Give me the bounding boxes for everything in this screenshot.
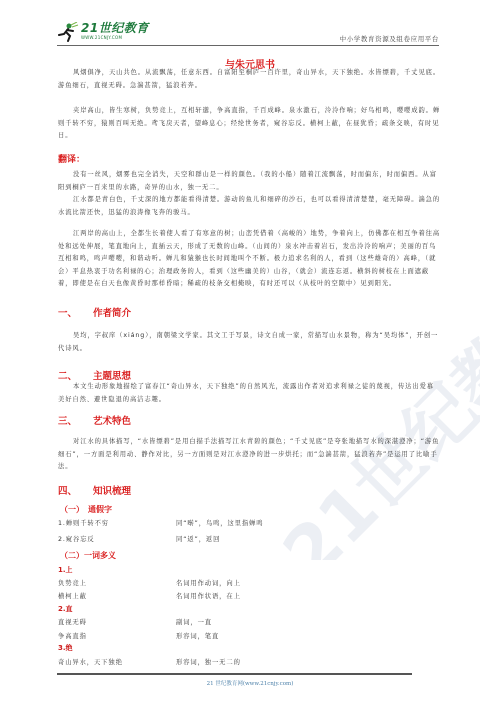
row-term: 直视无碍 bbox=[58, 617, 87, 626]
row-term: 负势竞上 bbox=[58, 578, 87, 587]
subsection-heading-polysemy: （二）一词多义 bbox=[60, 550, 116, 561]
section-title: 作者简介 bbox=[93, 308, 131, 319]
row-term: 横柯上蔽 bbox=[58, 591, 87, 600]
section-heading-knowledge: 四、知识梳理 bbox=[58, 483, 131, 497]
subsection-heading-tongjia: （一） 通假字 bbox=[60, 504, 112, 515]
polysemy-label: 2.直 bbox=[58, 604, 73, 614]
theme-text: 本文生动形象地描绘了富春江“奇山异水，天下独绝”的自然风光，流露出作者对追求利禄… bbox=[58, 381, 441, 406]
translation-paragraph-1: 没有一丝风，烟雾也完全消失，天空和群山是一样的颜色。（我的小船）随着江流飘荡，时… bbox=[58, 169, 441, 194]
translation-paragraph-3: 江两岸的高山上，全都生长着使人看了有寒意的树；山峦凭借着（高峻的）地势，争着向上… bbox=[58, 228, 441, 291]
row-term: 1.蝉则千转不穷 bbox=[58, 518, 109, 527]
row-explanation: 形容词，独一无二的 bbox=[176, 657, 241, 666]
row-term: 2.窥谷忘反 bbox=[58, 534, 95, 543]
section-heading-art: 三、艺术特色 bbox=[58, 413, 131, 427]
footer-link[interactable]: 21 世纪教育网(www.21cnjy.com) bbox=[0, 679, 500, 687]
row-explanation: 名词用作动词，向上 bbox=[176, 578, 241, 587]
polysemy-label: 3.绝 bbox=[58, 643, 73, 653]
logo-url: WWW.21CNJY.COM bbox=[81, 35, 149, 41]
platform-name: 中小学教育资源及组卷应用平台 bbox=[340, 34, 439, 43]
author-text: 吴均，字叔庠（xiáng），南朝梁文学家。其文工于写景，诗文自成一家，常描写山水… bbox=[58, 330, 441, 355]
section-number: 二、 bbox=[58, 368, 93, 382]
row-explanation: 同“啭”，鸟鸣，这里指蝉鸣 bbox=[176, 518, 264, 527]
footer-divider bbox=[57, 673, 412, 675]
section-number: 四、 bbox=[58, 483, 93, 497]
page-header: 21世纪教育 WWW.21CNJY.COM 中小学教育资源及组卷应用平台 bbox=[57, 20, 439, 46]
row-explanation: 名词用作状语，在上 bbox=[176, 591, 241, 600]
row-explanation: 形容词，笔直 bbox=[176, 631, 219, 640]
section-title: 知识梳理 bbox=[93, 486, 131, 497]
original-paragraph-2: 夹岸高山，皆生寒树，负势竞上，互相轩邈，争高直指，千百成峰。泉水激石，泠泠作响；… bbox=[58, 105, 441, 143]
row-explanation: 副词，一直 bbox=[176, 617, 212, 626]
row-term: 争高直指 bbox=[58, 631, 87, 640]
art-text: 对江水的具体描写，“水皆缥碧”是用白描手法描写江水青碧的颜色；“千丈见底”是夸张… bbox=[58, 436, 441, 474]
row-explanation: 同“返”，返回 bbox=[176, 534, 220, 543]
document-page: 21世纪教育 WWW.21CNJY.COM 中小学教育资源及组卷应用平台 21世… bbox=[0, 0, 500, 707]
original-paragraph-1: 风烟俱净，天山共色。从流飘荡，任意东西。自富阳至桐庐一百许里，奇山异水，天下独绝… bbox=[58, 67, 441, 92]
polysemy-label: 1.上 bbox=[58, 565, 73, 575]
logo-text: 21世纪教育 bbox=[81, 22, 149, 35]
section-heading-author: 一、作者简介 bbox=[58, 305, 131, 319]
section-title: 艺术特色 bbox=[93, 416, 131, 427]
translation-paragraph-2: 江水都是青白色，千丈深的地方都能看得清楚。游动的鱼儿和细碎的沙石，也可以看得清清… bbox=[58, 194, 441, 219]
logo[interactable]: 21世纪教育 WWW.21CNJY.COM bbox=[57, 22, 149, 42]
translation-heading: 翻译： bbox=[58, 152, 85, 165]
section-number: 一、 bbox=[58, 305, 93, 319]
runner-logo-icon bbox=[57, 22, 79, 42]
section-heading-theme: 二、主题思想 bbox=[58, 368, 131, 382]
section-number: 三、 bbox=[58, 413, 93, 427]
row-term: 奇山异水，天下独绝 bbox=[58, 657, 123, 666]
